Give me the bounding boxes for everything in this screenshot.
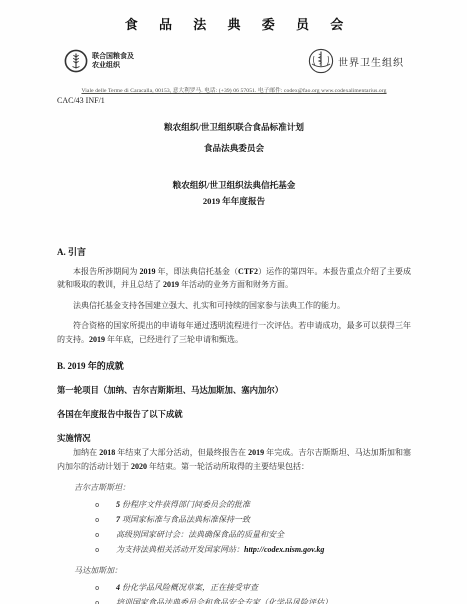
bullet-text: 4 份化学品风险概况草案，正在接受审查 [116,582,258,594]
fao-label-line2: 农业组织 [92,61,134,70]
list-item: o 7 项国家标准与食品法典标准保持一致 [95,514,411,526]
title-block: 粮农组织/世卫组织联合食品标准计划 食品法典委员会 粮农组织/世卫组织法典信托基… [57,121,411,207]
paragraph-a2: 法典信托基金支持各国建立强大、扎实和可持续的国家参与法典工作的能力。 [57,299,411,312]
section-b-heading: B. 2019 年的成就 [57,359,411,372]
bullet-icon: o [95,515,116,526]
round1-heading: 第一轮项目（加纳、吉尔吉斯斯坦、马达加斯加、塞内加尔） [57,384,411,396]
who-emblem-icon [308,48,334,74]
kyrgyzstan-bullet-list: o 5 份程序文件获得部门间委员会的批准 o 7 项国家标准与食品法典标准保持一… [57,499,411,556]
who-logo: 世界卫生组织 [308,48,404,74]
paragraph-a3: 符合资格的国家所提出的申请每年通过透明流程进行一次评估。若申请成功，最多可以获得… [57,319,411,346]
list-item: o 高级别国家研讨会：法典确保食品的质量和安全 [95,529,411,541]
list-item: o 为支持法典相关活动开发国家网站：http://codex.nism.gov.… [95,544,411,556]
document-reference: CAC/43 INF/1 [57,96,411,105]
bullet-text: 7 项国家标准与食品法典标准保持一致 [116,514,250,526]
paragraph-a1: 本报告所涉期间为 2019 年，即法典信托基金（CTF2）运作的第四年。本报告重… [57,265,411,292]
address-line: Viale delle Terme di Caracalla, 00153, 意… [57,86,411,94]
country-label-madagascar: 马达加斯加： [74,565,411,576]
madagascar-bullet-list: o 4 份化学品风险概况草案，正在接受审查 o 培训国家食品法典委员会和食品安全… [57,582,411,604]
implementation-paragraph: 加纳在 2018 年结束了大部分活动，但最终报告在 2019 年完成。吉尔吉斯斯… [57,446,411,473]
bullet-text: 5 份程序文件获得部门间委员会的批准 [116,499,250,511]
program-title: 粮农组织/世卫组织联合食品标准计划 [57,121,411,133]
fao-label-line1: 联合国粮食及 [92,52,134,61]
implementation-heading: 实施情况 [57,432,411,444]
report-title: 2019 年年度报告 [57,195,411,207]
bullet-icon: o [95,500,116,511]
section-a-heading: A. 引言 [57,245,411,258]
commission-title: 食 品 法 典 委 员 会 [57,14,411,33]
bullet-icon: o [95,583,116,594]
list-item: o 培训国家食品法典委员会和食品安全专家（化学品风险评估） [95,597,411,604]
bullet-icon: o [95,530,116,541]
bullet-icon: o [95,598,116,604]
bullet-text: 高级别国家研讨会：法典确保食品的质量和安全 [116,529,284,541]
commission-name: 食品法典委员会 [57,142,411,154]
fao-logo-label: 联合国粮食及 农业组织 [92,52,134,70]
country-label-kyrgyzstan: 吉尔吉斯斯坦： [74,482,411,493]
who-logo-label: 世界卫生组织 [338,54,404,69]
bullet-text: 培训国家食品法典委员会和食品安全专家（化学品风险评估） [116,597,332,604]
list-item: o 4 份化学品风险概况草案，正在接受审查 [95,582,411,594]
bullet-text: 为支持法典相关活动开发国家网站：http://codex.nism.gov.kg [116,544,324,556]
fao-logo: 联合国粮食及 农业组织 [64,49,134,73]
header-logos: 联合国粮食及 农业组织 世界卫生组织 [57,43,411,79]
bullet-icon: o [95,545,116,556]
document-page: 食 品 法 典 委 员 会 联合国粮食及 农业组织 [0,0,467,604]
achievements-heading: 各国在年度报告中报告了以下成就 [57,408,411,420]
list-item: o 5 份程序文件获得部门间委员会的批准 [95,499,411,511]
fao-emblem-icon [64,49,88,73]
trust-fund-title: 粮农组织/世卫组织法典信托基金 [57,179,411,191]
